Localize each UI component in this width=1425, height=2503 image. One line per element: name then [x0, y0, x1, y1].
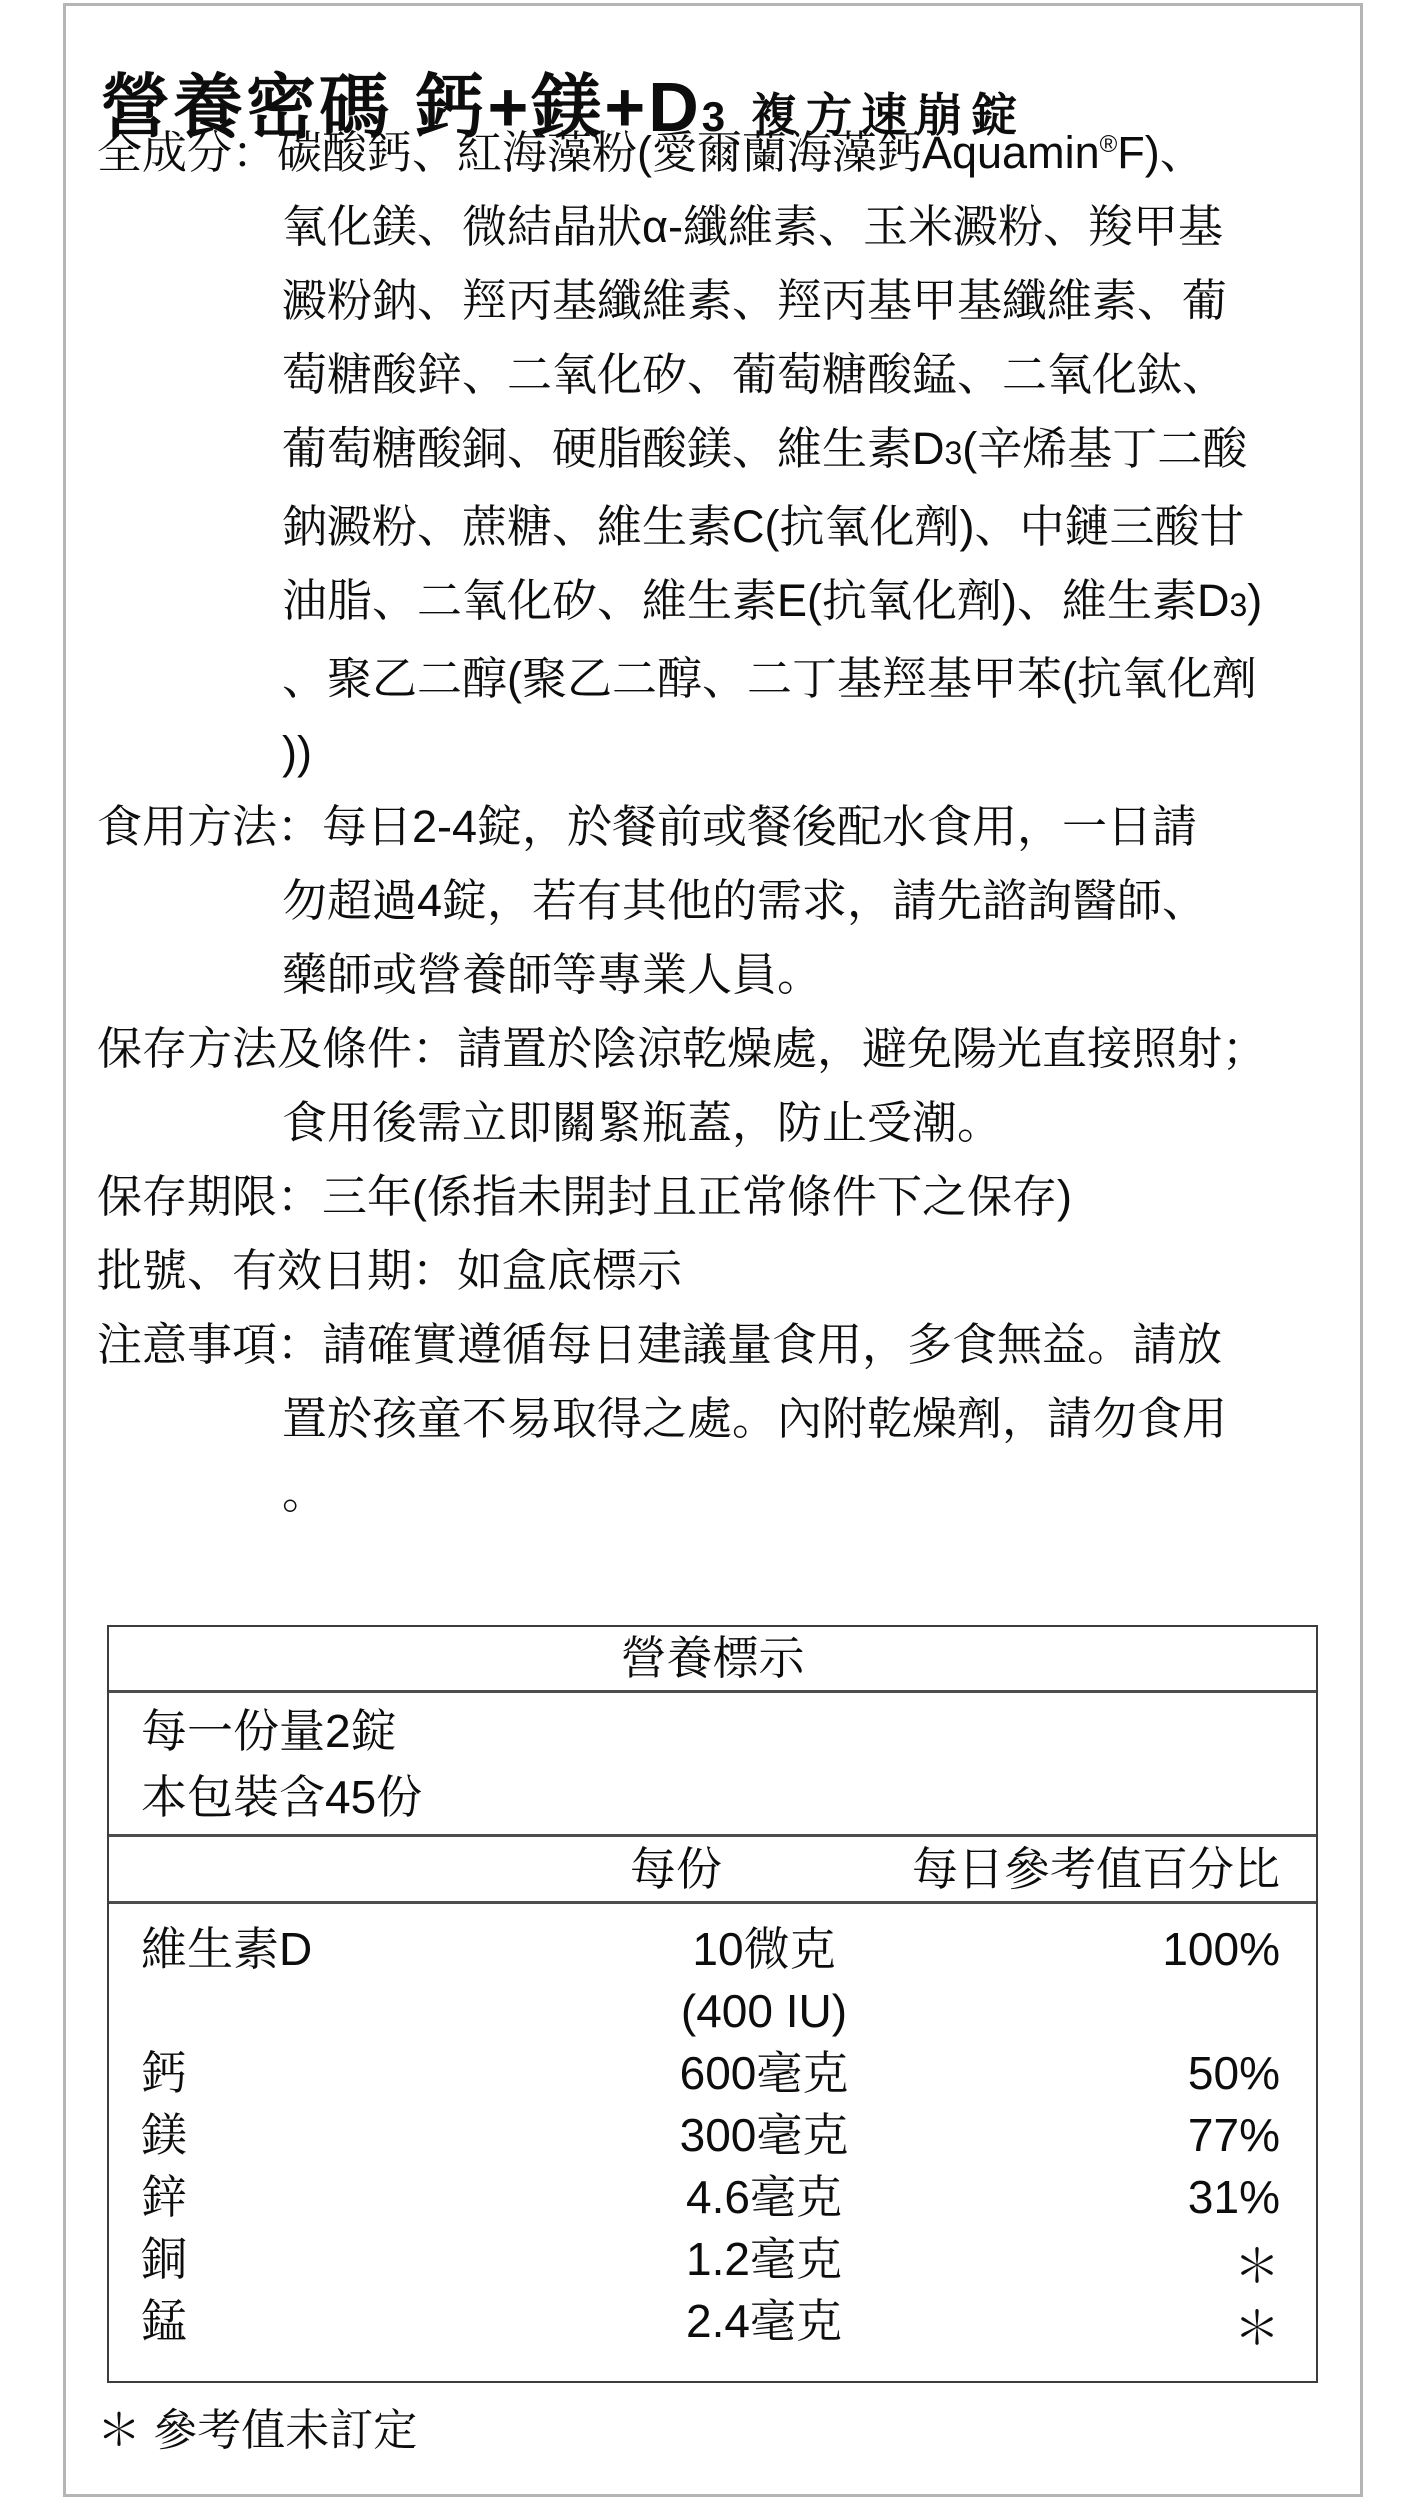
ingredients-line: 全成分：碳酸鈣、紅海藻粉(愛爾蘭海藻鈣Aquamin®F)、	[97, 116, 1347, 190]
nutrient-daily-value-asterisk: ＊	[1039, 2297, 1316, 2359]
ingredients-line: 鈉澱粉、蔗糖、維生素C(抗氧化劑)、中鏈三酸甘	[97, 490, 1347, 564]
nutrient-daily-value: 50%	[1039, 2042, 1316, 2104]
table-row: 鋅 4.6毫克 31%	[109, 2166, 1316, 2228]
storage-paragraph: 保存方法及條件：請置於陰涼乾燥處，避免陽光直接照射； 食用後需立即關緊瓶蓋，防止…	[97, 1012, 1347, 1160]
ingredients-line7-tail: )	[1247, 575, 1262, 626]
nutrition-table-title: 營養標示	[109, 1627, 1316, 1693]
table-row: 鎂 300毫克 77%	[109, 2104, 1316, 2166]
ingredients-line7-text: 油脂、二氧化矽、維生素E(抗氧化劑)、維生素D	[282, 575, 1229, 626]
ingredients-line: 氧化鎂、微結晶狀α-纖維素、玉米澱粉、羧甲基	[97, 190, 1347, 264]
nutrient-daily-value: 100%	[1039, 1918, 1316, 2042]
precautions-line: 注意事項：請確實遵循每日建議量食用，多食無益。請放	[97, 1308, 1347, 1382]
ingredients-line: ))	[97, 716, 1347, 790]
ingredients-line: 葡萄糖酸銅、硬脂酸鎂、維生素D3(辛烯基丁二酸	[97, 412, 1347, 490]
nutrient-name: 錳	[109, 2290, 489, 2352]
batch-date-line: 批號、有效日期：如盒底標示	[97, 1234, 1347, 1308]
shelf-life-line: 保存期限：三年(係指未開封且正常條件下之保存)	[97, 1160, 1347, 1234]
nutrient-name: 維生素D	[109, 1918, 489, 2042]
ingredients-paragraph: 全成分：碳酸鈣、紅海藻粉(愛爾蘭海藻鈣Aquamin®F)、 氧化鎂、微結晶狀α…	[97, 116, 1347, 790]
nutrient-name: 鎂	[109, 2104, 489, 2166]
table-row: 銅 1.2毫克 ＊	[109, 2228, 1316, 2290]
table-row: 錳 2.4毫克 ＊	[109, 2290, 1316, 2352]
ingredients-line5-text: 葡萄糖酸銅、硬脂酸鎂、維生素D	[282, 423, 945, 474]
nutrient-amount: 300毫克	[489, 2104, 1039, 2166]
serving-size: 每一份量2錠	[141, 1698, 1316, 1764]
reference-value-footnote: ＊ 參考值未訂定	[97, 2402, 417, 2460]
nutrient-amount-iu-line: (400 IU)	[489, 1980, 1039, 2042]
column-header-daily-value: 每日參考值百分比	[912, 1837, 1316, 1901]
usage-line: 藥師或營養師等專業人員。	[97, 938, 1347, 1012]
nutrient-name: 鈣	[109, 2042, 489, 2104]
storage-line: 保存方法及條件：請置於陰涼乾燥處，避免陽光直接照射；	[97, 1012, 1347, 1086]
nutrient-name: 銅	[109, 2228, 489, 2290]
precautions-paragraph: 注意事項：請確實遵循每日建議量食用，多食無益。請放 置於孩童不易取得之處。內附乾…	[97, 1308, 1347, 1530]
label-body: 全成分：碳酸鈣、紅海藻粉(愛爾蘭海藻鈣Aquamin®F)、 氧化鎂、微結晶狀α…	[97, 116, 1347, 1530]
ingredients-line1-tail: F)、	[1117, 127, 1204, 178]
ingredients-line1-text: 全成分：碳酸鈣、紅海藻粉(愛爾蘭海藻鈣Aquamin	[97, 127, 1100, 178]
nutrient-daily-value-asterisk: ＊	[1039, 2235, 1316, 2297]
ingredients-line: 油脂、二氧化矽、維生素E(抗氧化劑)、維生素D3)	[97, 564, 1347, 642]
nutrient-amount: 10微克 (400 IU)	[489, 1918, 1039, 2042]
storage-line: 食用後需立即關緊瓶蓋，防止受潮。	[97, 1086, 1347, 1160]
precautions-line: 。	[97, 1456, 1347, 1530]
usage-paragraph: 食用方法：每日2-4錠，於餐前或餐後配水食用，一日請 勿超過4錠，若有其他的需求…	[97, 790, 1347, 1012]
nutrition-rows: 維生素D 10微克 (400 IU) 100% 鈣 600毫克 50% 鎂 30…	[109, 1904, 1316, 2381]
nutrient-name: 鋅	[109, 2166, 489, 2228]
servings-per-pack: 本包裝含45份	[141, 1764, 1316, 1830]
table-row: 維生素D 10微克 (400 IU) 100%	[109, 1918, 1316, 2042]
nutrient-amount: 600毫克	[489, 2042, 1039, 2104]
precautions-line: 置於孩童不易取得之處。內附乾燥劑，請勿食用	[97, 1382, 1347, 1456]
serving-info: 每一份量2錠 本包裝含45份	[109, 1693, 1316, 1837]
column-header-row: 每份 每日參考值百分比	[109, 1837, 1316, 1904]
supplement-label-page: 營養密碼 鈣+鎂+D3複方速崩錠 全成分：碳酸鈣、紅海藻粉(愛爾蘭海藻鈣Aqua…	[0, 0, 1425, 2503]
usage-line: 食用方法：每日2-4錠，於餐前或餐後配水食用，一日請	[97, 790, 1347, 864]
table-row: 鈣 600毫克 50%	[109, 2042, 1316, 2104]
column-header-spacer	[109, 1837, 440, 1901]
nutrient-amount: 4.6毫克	[489, 2166, 1039, 2228]
ingredients-line5-tail: (辛烯基丁二酸	[962, 423, 1247, 474]
usage-line: 勿超過4錠，若有其他的需求，請先諮詢醫師、	[97, 864, 1347, 938]
nutrition-table: 營養標示 每一份量2錠 本包裝含45份 每份 每日參考值百分比 維生素D 10微…	[107, 1625, 1318, 2383]
ingredients-line: 、聚乙二醇(聚乙二醇、二丁基羥基甲苯(抗氧化劑	[97, 642, 1347, 716]
column-header-amount: 每份	[440, 1837, 912, 1901]
registered-trademark-icon: ®	[1100, 131, 1118, 158]
nutrient-daily-value: 31%	[1039, 2166, 1316, 2228]
nutrient-amount-line: 10微克	[489, 1918, 1039, 1980]
nutrient-amount: 1.2毫克	[489, 2228, 1039, 2290]
ingredients-line: 澱粉鈉、羥丙基纖維素、羥丙基甲基纖維素、葡	[97, 264, 1347, 338]
vitamin-d3-digit: 3	[1229, 587, 1247, 623]
ingredients-line: 萄糖酸鋅、二氧化矽、葡萄糖酸錳、二氧化鈦、	[97, 338, 1347, 412]
nutrient-amount: 2.4毫克	[489, 2290, 1039, 2352]
vitamin-d3-digit: 3	[945, 435, 963, 471]
nutrient-daily-value: 77%	[1039, 2104, 1316, 2166]
